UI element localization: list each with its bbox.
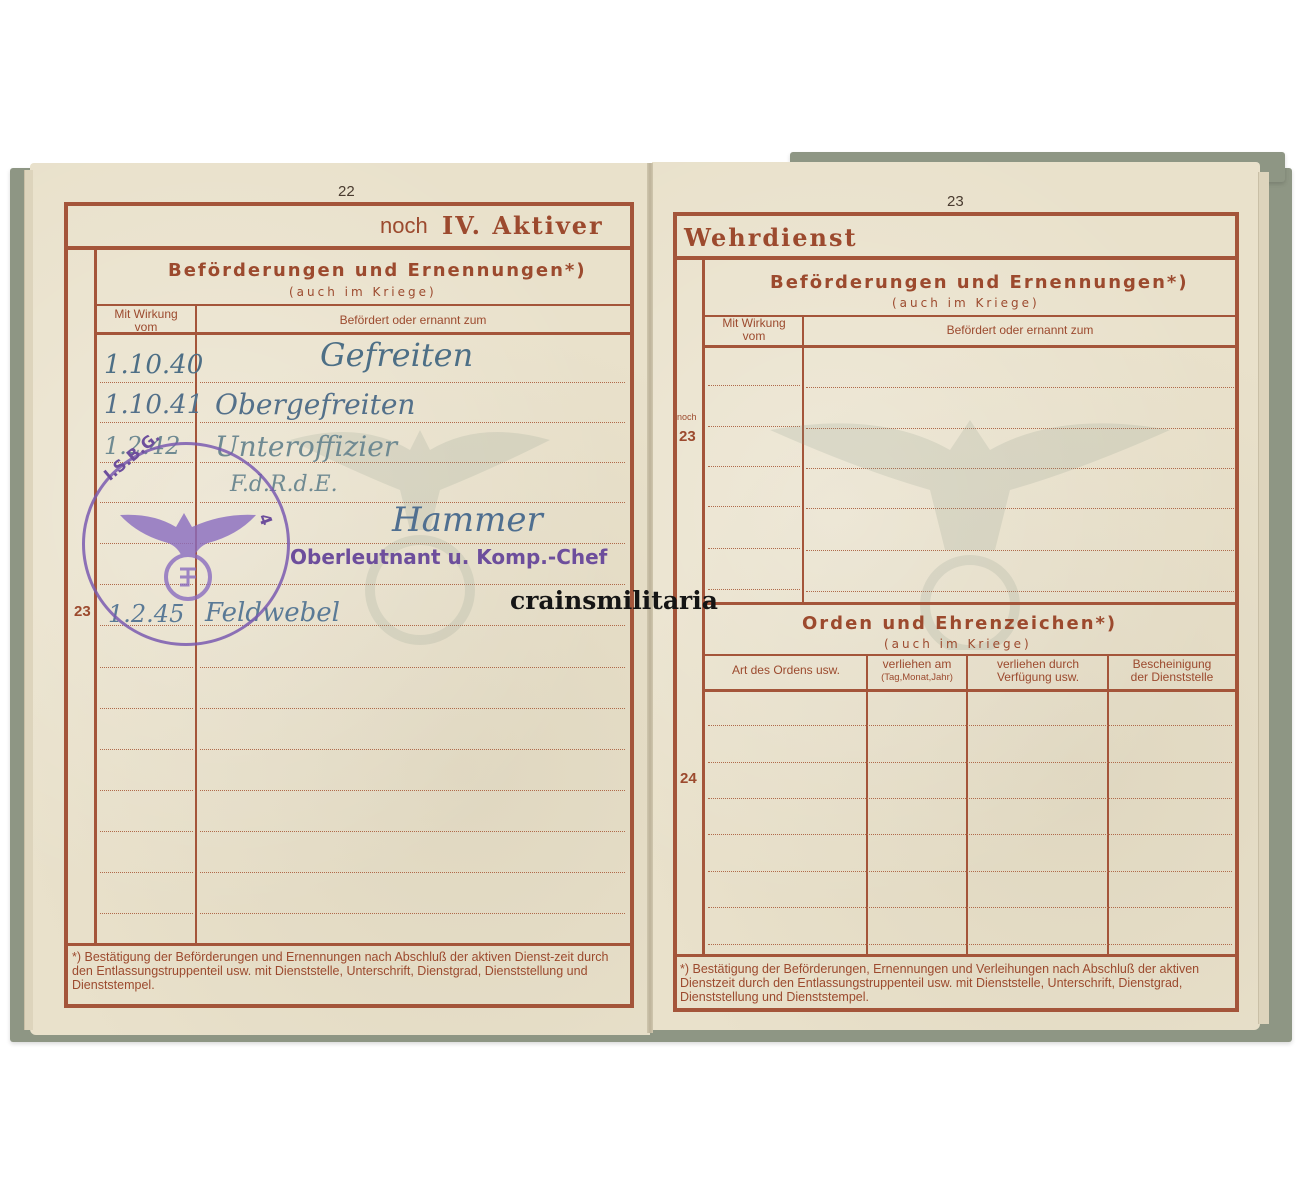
right-page-stack-edge: [1258, 172, 1269, 1024]
entry-date-2: 1.10.41: [104, 390, 203, 420]
side-marker-noch: noch: [677, 412, 697, 422]
entry-rank-1: Gefreiten: [320, 336, 473, 374]
col-head-rank: Befördert oder ernannt zum: [198, 314, 628, 327]
col-head-date: Mit Wirkung vom: [98, 308, 194, 334]
eagle-emblem-icon: [118, 505, 258, 605]
right-col-head-date-line2: vom: [706, 330, 802, 343]
decor-col-head-4-line2: der Dienststelle: [1110, 671, 1234, 684]
entry-date-1: 1.10.40: [104, 350, 203, 380]
right-promotions-title: Beförderungen und Ernennungen*): [770, 272, 1189, 293]
signature-title-stamp: Oberleutnant u. Komp.-Chef: [290, 545, 607, 569]
eagle-watermark-right-icon: [760, 390, 1180, 650]
decor-col-head-4: Bescheinigung der Dienststelle: [1110, 658, 1234, 684]
decor-divider-3: [1107, 656, 1109, 954]
left-footnote: *) Bestätigung der Beförderungen und Ern…: [72, 950, 624, 992]
decor-colhead-rule: [705, 689, 1235, 692]
decor-col-head-2-line2: (Tag,Monat,Jahr): [868, 671, 966, 684]
right-header-divider: [673, 256, 1239, 260]
decor-col-head-2: verliehen am (Tag,Monat,Jahr): [868, 658, 966, 684]
side-marker-24: 24: [680, 770, 697, 787]
decor-col-head-2-line1: verliehen am: [868, 658, 966, 671]
right-footnote-rule: [673, 954, 1239, 957]
left-section-title: Beförderungen und Ernennungen*): [168, 260, 587, 281]
right-colhead-rule: [705, 345, 1235, 348]
side-marker-23-left: 23: [74, 603, 91, 620]
page-number-right: 23: [947, 193, 964, 210]
right-header-title: Wehrdienst: [684, 223, 858, 252]
subtitle-rule: [96, 304, 630, 306]
seller-watermark: crainsmilitaria: [510, 586, 718, 615]
right-footnote: *) Bestätigung der Beförderungen, Ernenn…: [680, 962, 1224, 1004]
decor-col-head-3-line2: Verfügung usw.: [968, 671, 1108, 684]
decor-divider-2: [966, 656, 968, 954]
decorations-subtitle-rule: [705, 654, 1235, 656]
left-page-stack-edge: [24, 170, 33, 1030]
decorations-title: Orden und Ehrenzeichen*): [802, 613, 1117, 634]
officer-signature: Hammer: [392, 500, 543, 540]
decor-col-head-3: verliehen durch Verfügung usw.: [968, 658, 1108, 684]
decor-col-head-1: Art des Ordens usw.: [706, 664, 866, 677]
header-divider: [64, 246, 634, 250]
left-header-title: IV. Aktiver: [442, 211, 604, 240]
right-promotions-subtitle: (auch im Kriege): [892, 296, 1040, 310]
decor-col-head-1-line1: Art des Ordens usw.: [706, 664, 866, 677]
decor-divider-1: [866, 656, 868, 954]
right-col-head-date: Mit Wirkung vom: [706, 317, 802, 343]
colhead-rule: [96, 332, 630, 335]
left-footnote-rule: [64, 943, 634, 946]
decorations-subtitle: (auch im Kriege): [884, 637, 1032, 651]
header-prefix-noch: noch: [380, 213, 428, 239]
left-section-subtitle: (auch im Kriege): [289, 285, 437, 299]
page-number-left: 22: [338, 183, 355, 200]
decorations-divider: [705, 602, 1235, 605]
side-marker-23-right: 23: [679, 428, 696, 445]
entry-rank-2: Obergefreiten: [215, 388, 415, 421]
right-col-head-rank: Befördert oder ernannt zum: [806, 324, 1234, 337]
